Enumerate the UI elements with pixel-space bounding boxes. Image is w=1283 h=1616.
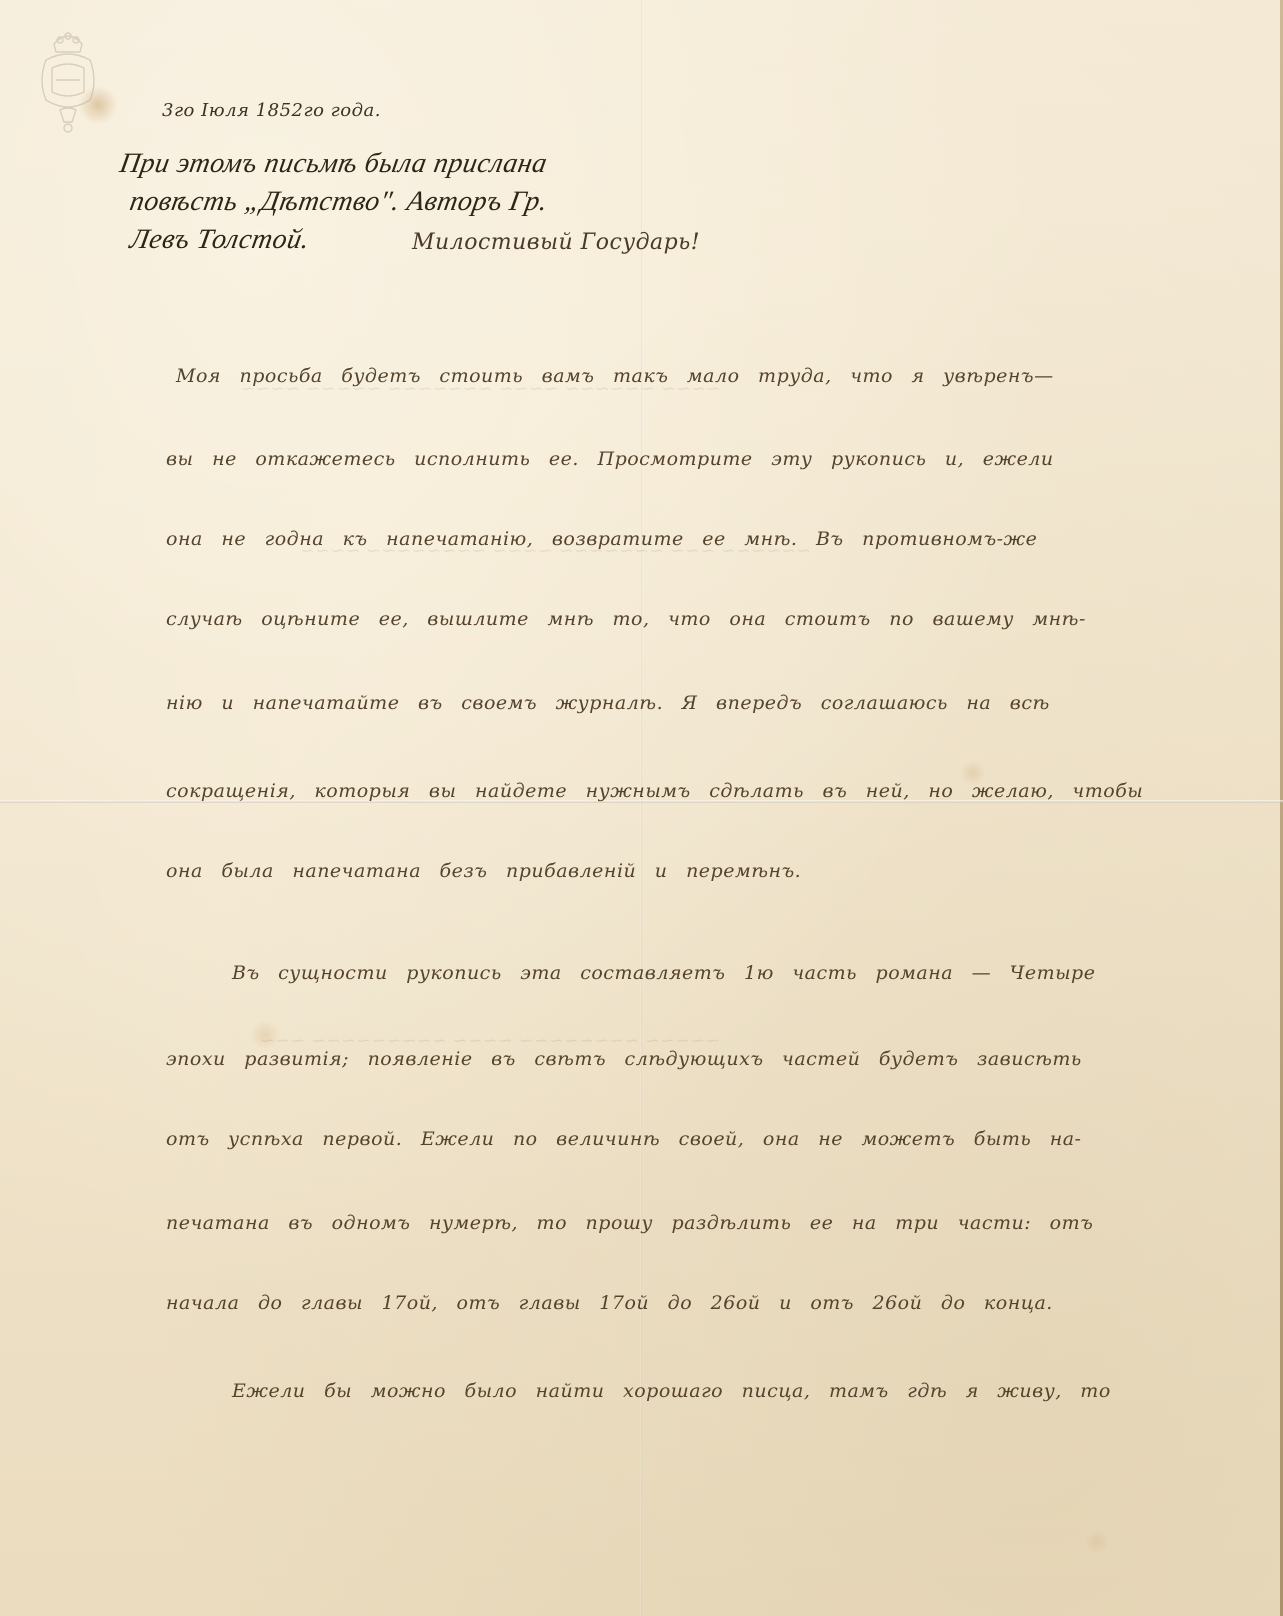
body-line-2: вы не откажетесь исполнить ее. Просмотри… [166, 448, 1054, 470]
body-line-5: нію и напечатайте въ своемъ журналѣ. Я в… [166, 692, 1050, 714]
body-line-11: печатана въ одномъ нумерѣ, то прошу разд… [166, 1212, 1093, 1234]
letter-page: ~~~~ ~~~~~~ ~~~~ ~~~~~~~ ~~~~~ ~~~~ ~~~~… [0, 0, 1283, 1616]
body-line-10: отъ успѣха первой. Ежели по величинѣ сво… [166, 1128, 1081, 1150]
body-line-8: Въ сущности рукопись эта составляетъ 1ю … [232, 962, 1095, 984]
body-line-3: она не годна къ напечатанію, возвратите … [166, 528, 1037, 550]
body-line-4: случаѣ оцѣните ее, вышлите мнѣ то, что о… [166, 608, 1086, 630]
foxing-stain [1085, 1530, 1109, 1554]
annotation-line-3: Левъ Толстой. [127, 224, 312, 256]
body-line-9: эпохи развитія; появленіе въ свѣтъ слѣду… [166, 1048, 1082, 1070]
crowned-crest-icon [36, 26, 100, 136]
body-line-12: начала до главы 17ой, отъ главы 17ой до … [166, 1292, 1053, 1314]
annotation-line-2: повѣсть „Дѣтство". Авторъ Гр. [127, 186, 550, 218]
letter-date: 3го Іюля 1852го года. [162, 100, 381, 121]
body-line-1: Моя просьба будетъ стоить вамъ такъ мало… [176, 365, 1054, 387]
body-line-6: сокращенія, которыя вы найдете нужнымъ с… [166, 780, 1143, 802]
salutation: Милостивый Государь! [412, 230, 700, 255]
body-line-13: Ежели бы можно было найти хорошаго писца… [232, 1380, 1111, 1402]
annotation-line-1: При этомъ письмѣ была прислана [117, 148, 550, 180]
body-line-7: она была напечатана безъ прибавленій и п… [166, 860, 801, 882]
